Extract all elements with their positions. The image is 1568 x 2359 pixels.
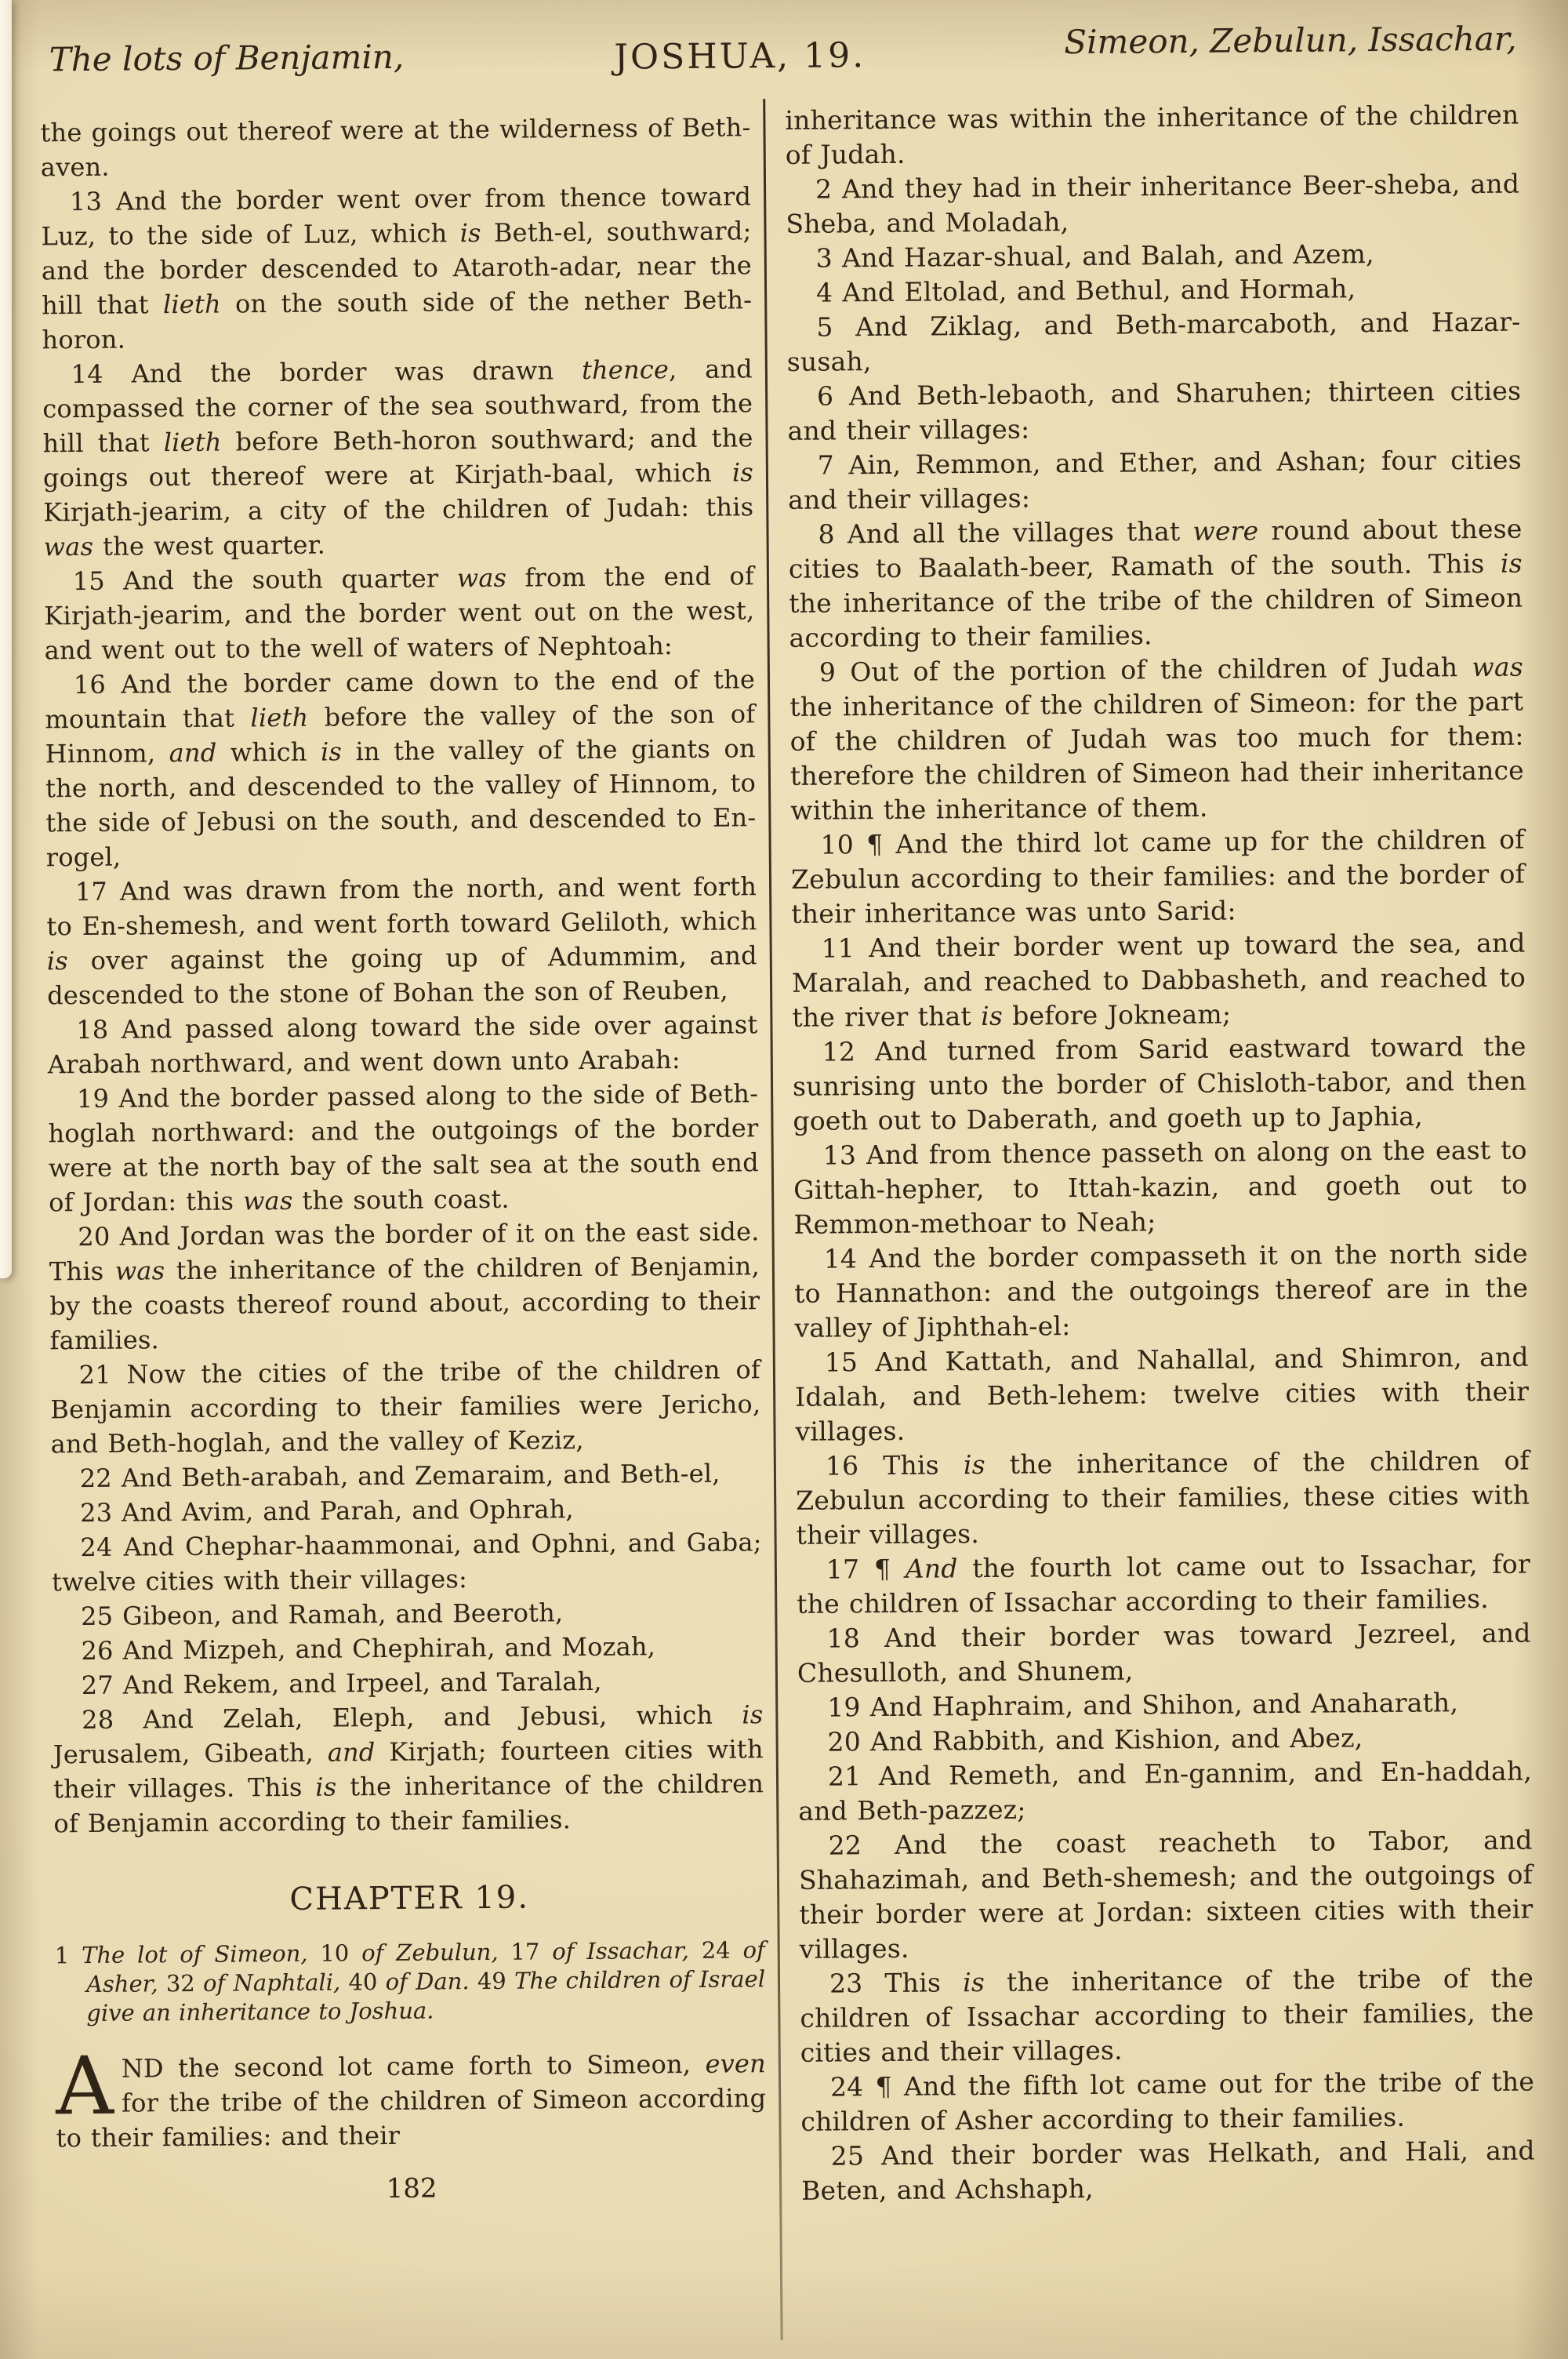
column-divider-rule [763, 99, 782, 2340]
verse-paragraph: the goings out thereof were at the wilde… [40, 110, 751, 184]
text-run: were [1192, 515, 1258, 547]
verse-paragraph: 8 And all the villages that were round a… [788, 512, 1523, 656]
verse-paragraph: 13 And from thence passeth on along on t… [793, 1133, 1528, 1242]
text-run: is [47, 946, 68, 976]
text-run: 23 This [829, 1967, 963, 1998]
text-run: 17 And was drawn from the north, and wen… [46, 871, 757, 941]
text-run: the goings out thereof were at the wilde… [40, 112, 750, 182]
text-run: is [981, 1001, 1003, 1031]
verse-paragraph: 10 ¶ And the third lot came up for the c… [790, 823, 1525, 932]
running-head-right: Simeon, Zebulun, Issachar, [1064, 20, 1517, 62]
text-run: Jerusalem, Gibeath, [53, 1738, 328, 1770]
verse-paragraph: 18 And their border was toward Jezreel, … [797, 1616, 1531, 1691]
verse-paragraph: 18 And passed along toward the side over… [47, 1007, 758, 1081]
text-run: And [906, 1553, 958, 1584]
text-run: lieth [250, 703, 308, 733]
text-run: is [321, 736, 342, 766]
verse-paragraph: 16 And the border came down to the end o… [45, 662, 757, 874]
text-run: lieth [163, 289, 221, 320]
text-run: is [1501, 548, 1523, 579]
text-run: is [742, 1699, 763, 1729]
text-run: 22 And the coast reacheth to Tabor, and … [799, 1825, 1534, 1965]
text-run: 15 And the south quarter [73, 563, 457, 596]
text-run: 27 And Rekem, and Irpeel, and Taralah, [82, 1667, 602, 1700]
text-run: 7 Ain, Remmon, and Ether, and Ashan; fou… [788, 445, 1522, 515]
text-run: 24 ¶ And the fifth lot came out for the … [800, 2066, 1534, 2137]
text-run: of Zebulun, [361, 1939, 499, 1966]
text-run: 5 And Ziklag, and Beth-marcaboth, and Ha… [787, 307, 1521, 377]
verse-paragraph: 17 ¶ And the fourth lot came out to Issa… [797, 1547, 1531, 1622]
text-run: 28 And Zelah, Eleph, and Jebusi, which [82, 1699, 742, 1735]
verse-paragraph: 24 ¶ And the fifth lot came out for the … [800, 2065, 1535, 2139]
verse-paragraph: 25 Gibeon, and Ramah, and Beeroth, [52, 1594, 762, 1634]
text-run: 3 And Hazar-shual, and Balah, and Azem, [816, 238, 1374, 274]
verse-paragraph: 14 And the border compasseth it on the n… [794, 1237, 1529, 1346]
verse-paragraph: 16 This is the inheritance of the childr… [796, 1444, 1530, 1553]
text-run: of Issachar, [552, 1937, 689, 1965]
text-run: 26 And Mizpeh, and Chephirah, and Mozah, [81, 1631, 655, 1666]
verse-paragraph: 15 And Kattath, and Nahallal, and Shimro… [795, 1340, 1530, 1449]
verse-paragraph: 6 And Beth-lebaoth, and Sharuhen; thirte… [787, 374, 1522, 449]
verse-paragraph: 11 And their border went up toward the s… [792, 926, 1526, 1035]
verse-paragraph: 23 This is the inheritance of the tribe … [800, 1961, 1534, 2070]
verse-paragraph: 24 And Chephar-haammonai, and Ophni, and… [51, 1525, 762, 1599]
text-run: 16 This [826, 1449, 964, 1481]
page-content: The lots of Benjamin, JOSHUA, 19. Simeon… [0, 0, 1568, 2359]
text-run: and [328, 1737, 376, 1767]
verse-paragraph: 14 And the border was drawn thence, and … [42, 351, 754, 564]
text-run: was [457, 563, 507, 593]
text-run: 23 And Avim, and Parah, and Ophrah, [80, 1494, 574, 1528]
text-run: 14 And the border was drawn [71, 355, 583, 389]
verse-paragraph: 21 And Remeth, and En-gannim, and En-had… [798, 1754, 1533, 1829]
text-run: 17 [498, 1938, 552, 1965]
verse-paragraph: 12 And turned from Sarid eastward toward… [793, 1030, 1527, 1139]
text-run: for the tribe of the children of Simeon … [56, 2083, 766, 2153]
drop-cap-text: ND the second lot came forth to Simeon, … [56, 2048, 766, 2153]
verse-paragraph: 5 And Ziklag, and Beth-marcaboth, and Ha… [786, 305, 1521, 380]
text-run: 21 Now the cities of the tribe of the ch… [50, 1354, 760, 1459]
chapter-summary: 1 The lot of Simeon, 10 of Zebulun, 17 o… [55, 1936, 766, 2028]
text-run: thence [582, 354, 669, 385]
right-verses: inheritance was within the inheritance o… [785, 98, 1535, 2208]
text-run: 6 And Beth-lebaoth, and Sharuhen; thirte… [787, 376, 1521, 446]
verse-paragraph: 26 And Mizpeh, and Chephirah, and Mozah, [53, 1628, 763, 1668]
text-run: is [964, 1449, 985, 1480]
text-run: 14 And the border compasseth it on the n… [794, 1238, 1528, 1343]
text-run: 17 ¶ [826, 1554, 906, 1585]
text-run: 18 And their border was toward Jezreel, … [797, 1618, 1531, 1688]
verse-paragraph: 22 And Beth-arabah, and Zemaraim, and Be… [51, 1456, 761, 1496]
text-run: 4 And Eltolad, and Bethul, and Hormah, [816, 273, 1356, 307]
text-run: before Jokneam; [1003, 999, 1231, 1031]
text-run: which [216, 737, 321, 768]
drop-cap-letter: A [56, 2052, 122, 2120]
text-run: 21 And Remeth, and En-gannim, and En-had… [798, 1756, 1532, 1826]
text-run: of Dan. [386, 1968, 470, 1995]
left-text-column: the goings out thereof were at the wilde… [40, 110, 767, 2207]
verse-paragraph: 19 And the border passed along to the si… [48, 1076, 759, 1219]
verse-paragraph: 2 And they had in their inheritance Beer… [786, 167, 1520, 242]
verse-paragraph: 25 And their border was Helkath, and Hal… [801, 2134, 1536, 2208]
running-head-left: The lots of Benjamin, [49, 38, 405, 79]
text-run: 9 Out of the portion of the children of … [819, 652, 1472, 688]
text-run: inheritance was within the inheritance o… [785, 100, 1519, 170]
text-run: is [963, 1967, 985, 1997]
text-run: was [243, 1186, 293, 1216]
text-run: 20 And Rabbith, and Kishion, and Abez, [827, 1722, 1363, 1757]
text-run: 24 And Chephar-haammonai, and Ophni, and… [52, 1527, 762, 1597]
text-run: 25 And their border was Helkath, and Hal… [801, 2135, 1535, 2206]
text-run: 40 [340, 1968, 386, 1995]
text-run: 22 And Beth-arabah, and Zemaraim, and Be… [80, 1459, 720, 1493]
text-run: The lot of Simeon, [82, 1940, 308, 1968]
text-run: was [115, 1256, 165, 1285]
text-run: and [169, 738, 217, 768]
text-run: was [1472, 652, 1523, 683]
text-run: 19 And Haphraim, and Shihon, and Anahara… [827, 1687, 1458, 1722]
text-run: 24 [689, 1936, 743, 1964]
verse-paragraph: 4 And Eltolad, and Bethul, and Hormah, [786, 271, 1520, 311]
verse-paragraph: 19 And Haphraim, and Shihon, and Anahara… [797, 1685, 1531, 1725]
left-verses: the goings out thereof were at the wilde… [40, 110, 764, 1841]
text-run: is [732, 457, 753, 487]
text-run: the west quarter. [93, 530, 325, 562]
text-run: 10 [307, 1939, 361, 1967]
text-run: the inheritance of the tribe of the chil… [789, 583, 1523, 653]
verse-paragraph: inheritance was within the inheritance o… [785, 98, 1519, 173]
scanned-bible-page: { "page": { "number": "182" }, "header":… [0, 0, 1568, 2359]
verse-paragraph: 21 Now the cities of the tribe of the ch… [50, 1352, 761, 1461]
text-run: 1 [55, 1942, 82, 1968]
text-run: 25 Gibeon, and Ramah, and Beeroth, [81, 1598, 563, 1631]
text-run: ND the second lot came forth to Simeon, [122, 2049, 706, 2084]
text-run: lieth [164, 427, 222, 458]
verse-paragraph: 28 And Zelah, Eleph, and Jebusi, which i… [53, 1697, 764, 1841]
text-run: Kirjath-jearim, a city of the children o… [43, 492, 753, 527]
text-run: the south coast. [292, 1184, 510, 1216]
text-run: of Naphtali, [203, 1968, 340, 1996]
text-run: 13 And from thence passeth on along on t… [793, 1135, 1527, 1240]
text-run: 18 And passed along toward the side over… [48, 1009, 758, 1079]
text-run: 49 [469, 1968, 514, 1994]
text-run: 8 And all the villages that [818, 516, 1192, 550]
text-run: was [43, 532, 93, 562]
verse-paragraph: 7 Ain, Remmon, and Ether, and Ashan; fou… [788, 443, 1523, 518]
text-run: even [705, 2048, 766, 2079]
running-head-center: JOSHUA, 19. [614, 35, 866, 78]
verse-paragraph: 15 And the south quarter was from the en… [44, 558, 755, 667]
text-run: is [460, 218, 481, 248]
drop-cap-paragraph: AND the second lot came forth to Simeon,… [56, 2046, 767, 2155]
page-number: 182 [56, 2170, 767, 2207]
text-run: 12 And turned from Sarid eastward toward… [793, 1031, 1526, 1136]
text-run: 10 ¶ And the third lot came up for the c… [791, 824, 1525, 929]
text-run: the inheritance of the children of Simeo… [789, 686, 1524, 826]
verse-paragraph: 20 And Rabbith, and Kishion, and Abez, [797, 1720, 1531, 1760]
verse-paragraph: 13 And the border went over from thence … [41, 179, 753, 357]
text-run: 15 And Kattath, and Nahallal, and Shimro… [795, 1342, 1529, 1447]
chapter-heading: CHAPTER 19. [54, 1877, 764, 1919]
page-background: The lots of Benjamin, JOSHUA, 19. Simeon… [0, 0, 1568, 2359]
verse-paragraph: 27 And Rekem, and Irpeel, and Taralah, [53, 1663, 763, 1703]
verse-paragraph: 23 And Avim, and Parah, and Ophrah, [51, 1490, 761, 1530]
verse-paragraph: 20 And Jordan was the border of it on th… [49, 1214, 760, 1358]
right-text-column: inheritance was within the inheritance o… [785, 98, 1535, 2208]
text-run: over against the going up of Adummim, an… [47, 940, 757, 1010]
verse-paragraph: 22 And the coast reacheth to Tabor, and … [799, 1823, 1534, 1967]
text-run: is [315, 1772, 336, 1802]
text-run: 2 And they had in their inheritance Beer… [786, 169, 1519, 239]
verse-paragraph: 17 And was drawn from the north, and wen… [46, 869, 757, 1012]
verse-paragraph: 9 Out of the portion of the children of … [789, 650, 1525, 828]
text-run: 32 [158, 1970, 203, 1997]
verse-paragraph: 3 And Hazar-shual, and Balah, and Azem, [786, 236, 1520, 276]
